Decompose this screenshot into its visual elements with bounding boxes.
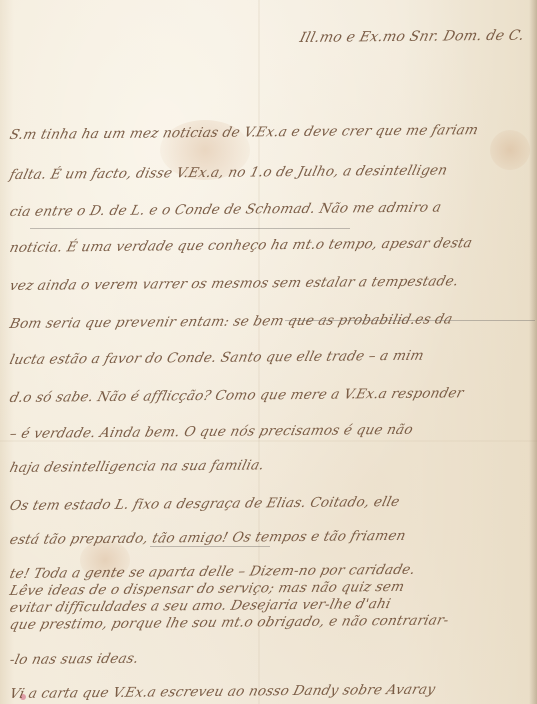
paper-stain <box>490 130 530 170</box>
letter-line-2: falta. É um facto, disse V.Ex.a, no 1.o … <box>8 162 449 183</box>
letter-salutation: Ill.mo e Ex.mo Snr. Dom. de C. <box>298 28 526 46</box>
letter-line-1: S.m tinha ha um mez noticias de V.Ex.a e… <box>8 122 480 143</box>
letter-line-11: Os tem estado L. fixo a desgraça de Elia… <box>8 494 401 514</box>
letter-line-7: lucta estão a favor do Conde. Santo que … <box>8 348 425 368</box>
letter-line-9: – é verdade. Ainda bem. O que nós precis… <box>8 422 415 442</box>
letter-line-6: Bom seria que prevenir entam: se bem que… <box>8 311 454 332</box>
pencil-underline <box>30 228 350 229</box>
letter-line-8: d.o só sabe. Não é afflicção? Como que m… <box>8 385 465 406</box>
pencil-underline <box>150 546 270 547</box>
letter-line-12: está tão preparado, tão amigo! Os tempos… <box>8 528 407 548</box>
letter-line-10: haja desintelligencia na sua familia. <box>8 457 266 476</box>
letter-line-3: cia entre o D. de L. e o Conde de Schoma… <box>8 199 443 220</box>
letter-line-4: noticia. É uma verdade que conheço ha mt… <box>8 235 474 256</box>
paper-edge-shadow <box>529 0 537 704</box>
pencil-underline <box>285 320 535 321</box>
letter-page: Ill.mo e Ex.mo Snr. Dom. de C. S.m tinha… <box>0 0 537 704</box>
letter-line-5: vez ainda o verem varrer os mesmos sem e… <box>8 273 460 294</box>
letter-line-15: evitar difficuldades a seu amo. Desejari… <box>8 596 392 616</box>
ink-spot <box>20 694 26 700</box>
